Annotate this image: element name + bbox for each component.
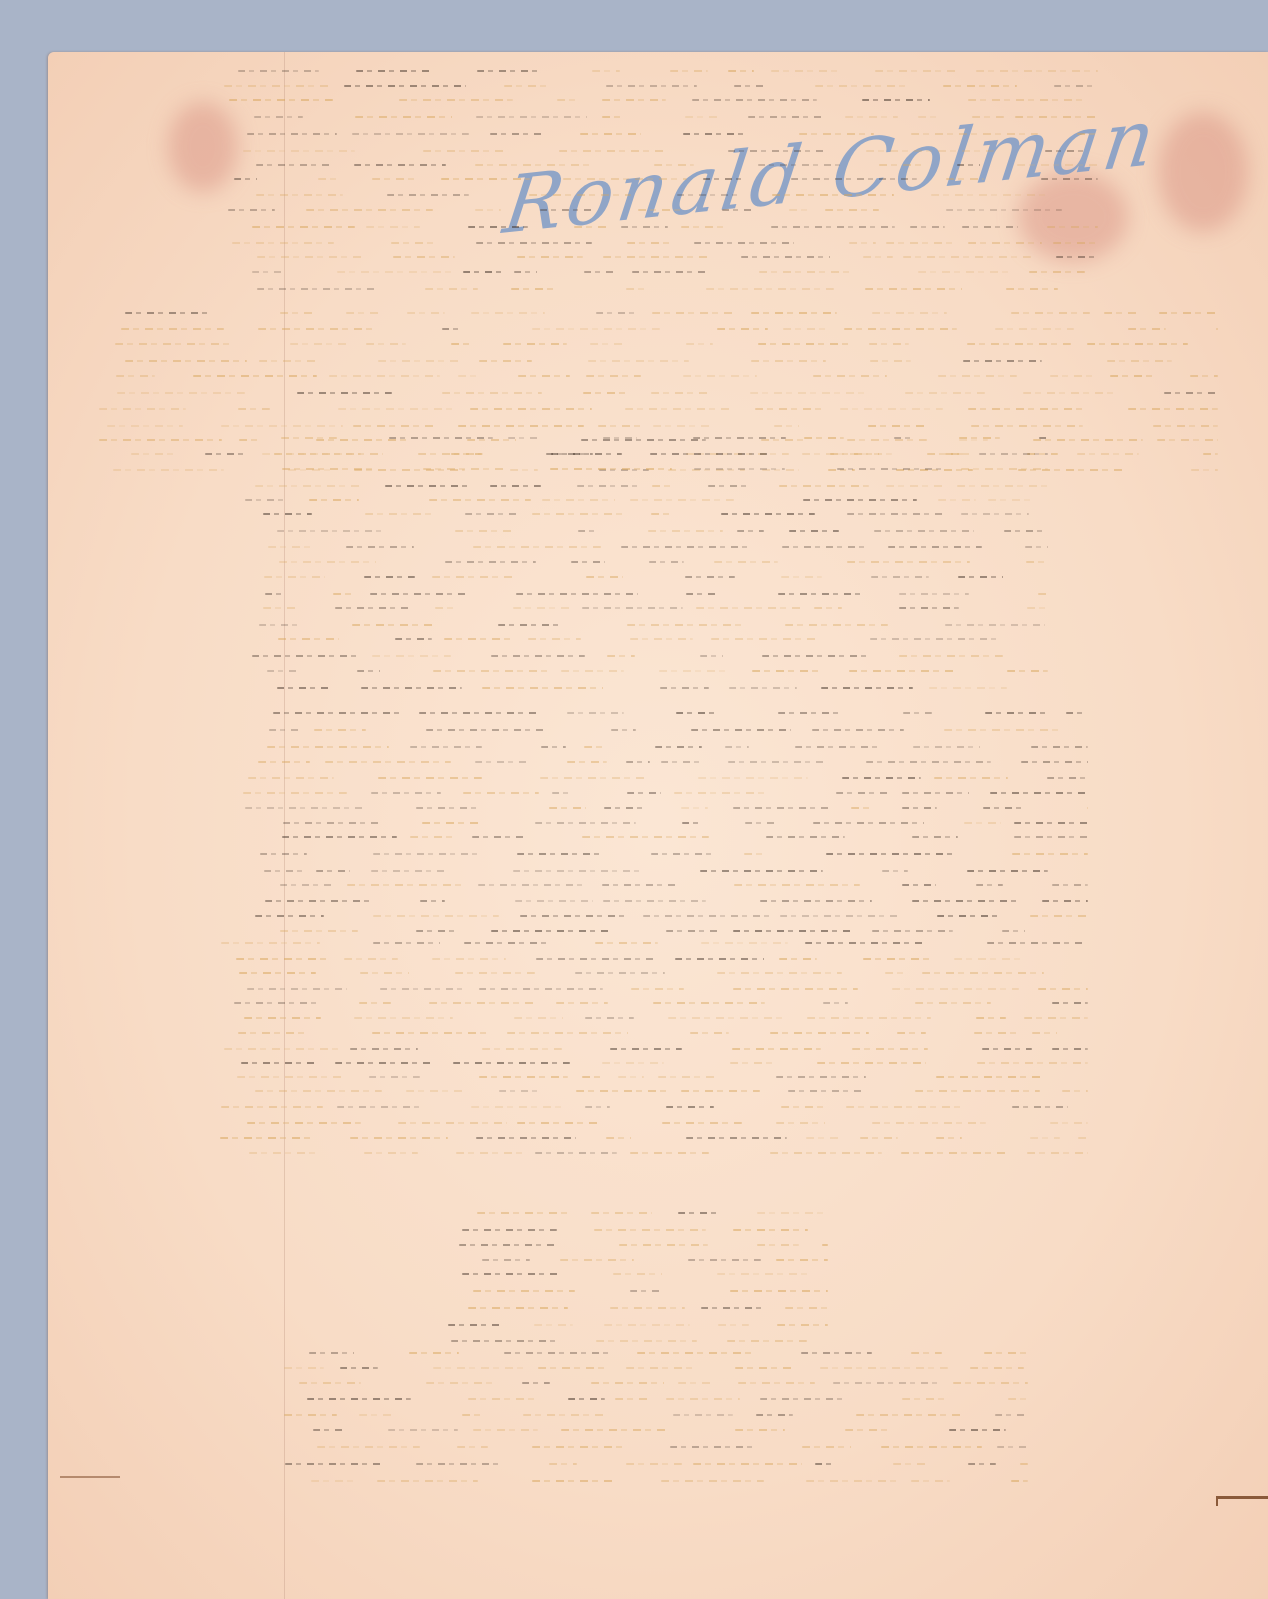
typed-text-fragment <box>352 133 469 135</box>
typed-text-fragment <box>836 792 891 794</box>
typed-text-fragment <box>779 485 869 487</box>
typed-text-fragment <box>678 1382 713 1384</box>
typed-text-fragment <box>911 133 1037 135</box>
typed-text-fragment <box>681 1090 760 1092</box>
typed-text-fragment <box>338 408 455 410</box>
typed-text-fragment <box>475 164 595 166</box>
typed-text-fragment <box>508 437 540 439</box>
typed-text-fragment <box>814 607 841 609</box>
typed-text-fragment <box>846 1106 963 1108</box>
typed-text-fragment <box>1066 712 1088 714</box>
typed-text-fragment <box>1056 256 1098 258</box>
typed-text-fragment <box>459 1244 556 1246</box>
typed-text-fragment <box>734 884 860 886</box>
typed-text-fragment <box>552 792 572 794</box>
typed-text-fragment <box>458 375 480 377</box>
typed-text-fragment <box>638 209 682 211</box>
typed-text-fragment <box>1012 1106 1068 1108</box>
typed-text-fragment <box>473 1429 538 1431</box>
typed-text-fragment <box>823 1002 849 1004</box>
typed-text-fragment <box>395 638 431 640</box>
typed-text-fragment <box>511 288 558 290</box>
typed-text-fragment <box>770 1032 869 1034</box>
typed-text-fragment <box>1077 133 1098 135</box>
typed-text-fragment <box>681 807 708 809</box>
typed-text-fragment <box>561 670 624 672</box>
typed-text-fragment <box>781 1106 826 1108</box>
typed-text-fragment <box>683 133 749 135</box>
typed-text-fragment <box>366 226 420 228</box>
typed-text-fragment <box>113 469 224 471</box>
typed-text-fragment <box>131 453 178 455</box>
typed-text-fragment <box>1024 1017 1088 1019</box>
typed-text-fragment <box>563 178 687 180</box>
typed-text-fragment <box>356 70 432 72</box>
typed-text-fragment <box>847 561 970 563</box>
typed-text-fragment <box>728 70 754 72</box>
typed-text-fragment <box>802 453 892 455</box>
typed-text-fragment <box>968 1463 996 1465</box>
typed-text-fragment <box>795 746 883 748</box>
typed-text-fragment <box>893 1463 926 1465</box>
typed-text-fragment <box>364 1152 418 1154</box>
typed-text-fragment <box>613 1273 662 1275</box>
ink-mark <box>1216 1496 1268 1499</box>
typed-text-fragment <box>820 1367 948 1369</box>
typed-text-fragment <box>862 99 931 101</box>
typed-text-fragment <box>673 1414 733 1416</box>
typed-text-fragment <box>344 958 399 960</box>
typed-text-fragment <box>1087 807 1088 809</box>
typed-text-fragment <box>958 576 1003 578</box>
typed-text-fragment <box>995 1414 1028 1416</box>
typed-text-fragment <box>557 99 580 101</box>
typed-text-fragment <box>419 712 540 714</box>
typed-text-fragment <box>463 792 538 794</box>
typed-text-fragment <box>252 271 282 273</box>
typed-text-fragment <box>943 85 1018 87</box>
typed-text-fragment <box>833 1382 939 1384</box>
typed-text-fragment <box>532 1446 628 1448</box>
typed-text-fragment <box>1078 1137 1088 1139</box>
typed-text-fragment <box>346 312 382 314</box>
typed-text-fragment <box>976 1017 1005 1019</box>
typed-text-fragment <box>990 792 1088 794</box>
typed-text-fragment <box>473 1290 575 1292</box>
typed-text-fragment <box>826 853 954 855</box>
typed-text-fragment <box>479 360 532 362</box>
typed-text-fragment <box>722 209 752 211</box>
typed-text-fragment <box>462 1273 561 1275</box>
typed-text-fragment <box>232 242 333 244</box>
typed-text-fragment <box>425 288 478 290</box>
typed-text-fragment <box>618 1076 644 1078</box>
typed-text-fragment <box>1006 288 1058 290</box>
typed-text-fragment <box>1038 593 1048 595</box>
typed-text-fragment <box>888 546 982 548</box>
typed-text-fragment <box>1157 439 1218 441</box>
typed-text-fragment <box>863 256 893 258</box>
typed-text-fragment <box>995 328 1074 330</box>
typed-text-fragment <box>849 670 953 672</box>
typed-text-fragment <box>681 226 729 228</box>
typed-text-fragment <box>510 469 537 471</box>
typed-text-fragment <box>426 729 545 731</box>
typed-text-fragment <box>725 746 749 748</box>
typed-text-fragment <box>580 133 641 135</box>
typed-text-fragment <box>476 242 591 244</box>
typed-text-fragment <box>259 360 317 362</box>
typed-text-fragment <box>918 271 1011 273</box>
typed-text-fragment <box>257 256 365 258</box>
typed-text-fragment <box>721 513 815 515</box>
typed-text-fragment <box>785 624 888 626</box>
typed-text-fragment <box>781 576 822 578</box>
typed-text-fragment <box>967 343 1071 345</box>
typed-text-fragment <box>915 1002 991 1004</box>
typed-text-fragment <box>586 576 623 578</box>
typed-text-fragment <box>979 453 1048 455</box>
typed-text-fragment <box>766 836 845 838</box>
typed-text-fragment <box>468 1398 539 1400</box>
typed-text-fragment <box>1052 1002 1088 1004</box>
typed-text-fragment <box>774 425 799 427</box>
typed-text-fragment <box>115 343 234 345</box>
typed-text-fragment <box>416 807 480 809</box>
typed-text-fragment <box>674 792 769 794</box>
typed-text-fragment <box>541 746 566 748</box>
typed-text-fragment <box>444 638 515 640</box>
typed-text-fragment <box>257 288 375 290</box>
typed-text-fragment <box>758 164 841 166</box>
typed-text-fragment <box>957 485 1048 487</box>
typed-text-fragment <box>498 624 563 626</box>
typed-text-fragment <box>1042 900 1088 902</box>
typed-text-fragment <box>1012 853 1088 855</box>
typed-text-fragment <box>686 1137 787 1139</box>
typed-text-fragment <box>1087 343 1187 345</box>
typed-text-fragment <box>745 822 778 824</box>
typed-text-fragment <box>938 375 1018 377</box>
typed-text-fragment <box>728 150 827 152</box>
typed-text-fragment <box>416 1463 504 1465</box>
typed-text-fragment <box>268 546 315 548</box>
typed-text-fragment <box>961 468 1048 470</box>
typed-text-fragment <box>957 164 980 166</box>
typed-text-fragment <box>757 1244 799 1246</box>
typed-text-fragment <box>648 530 724 532</box>
typed-text-fragment <box>256 164 333 166</box>
typed-text-fragment <box>282 836 397 838</box>
typed-text-fragment <box>311 1480 355 1482</box>
typed-text-fragment <box>655 746 702 748</box>
typed-text-fragment <box>735 1367 793 1369</box>
typed-text-fragment <box>316 870 351 872</box>
typed-text-fragment <box>238 70 320 72</box>
typed-text-fragment <box>540 777 645 779</box>
typed-text-fragment <box>785 1307 828 1309</box>
typed-text-fragment <box>559 150 665 152</box>
typed-text-fragment <box>463 271 503 273</box>
typed-text-fragment <box>535 1152 617 1154</box>
typed-text-fragment <box>1029 271 1085 273</box>
typed-text-fragment <box>514 1017 563 1019</box>
typed-text-fragment <box>329 375 441 377</box>
typed-text-fragment <box>344 85 466 87</box>
typed-text-fragment <box>666 1398 740 1400</box>
typed-text-fragment <box>892 988 1019 990</box>
typed-text-fragment <box>934 777 1008 779</box>
typed-text-fragment <box>621 546 750 548</box>
typed-text-fragment <box>903 256 1031 258</box>
typed-text-fragment <box>881 1446 982 1448</box>
typed-text-fragment <box>815 85 906 87</box>
typed-text-fragment <box>598 425 642 427</box>
typed-text-fragment <box>262 453 361 455</box>
typed-text-fragment <box>264 576 325 578</box>
typed-text-fragment <box>863 958 934 960</box>
typed-text-fragment <box>581 439 706 441</box>
ink-mark <box>1216 1496 1218 1506</box>
typed-text-fragment <box>224 85 329 87</box>
typed-text-fragment <box>653 1002 765 1004</box>
typed-text-fragment <box>241 1062 316 1064</box>
typed-text-fragment <box>661 1480 763 1482</box>
typed-text-fragment <box>1062 1090 1088 1092</box>
stain <box>168 102 238 192</box>
typed-text-fragment <box>337 1106 421 1108</box>
typed-text-fragment <box>685 116 721 118</box>
typed-text-fragment <box>696 607 801 609</box>
typed-text-fragment <box>682 822 702 824</box>
typed-text-fragment <box>901 1152 1006 1154</box>
typed-text-fragment <box>912 836 958 838</box>
typed-text-fragment <box>476 1137 576 1139</box>
typed-text-fragment <box>252 226 355 228</box>
typed-text-fragment <box>442 328 463 330</box>
typed-text-fragment <box>550 468 673 470</box>
typed-text-fragment <box>377 1480 478 1482</box>
typed-text-fragment <box>686 593 718 595</box>
typed-text-fragment <box>603 256 711 258</box>
typed-text-fragment <box>778 712 843 714</box>
typed-text-fragment <box>429 499 531 501</box>
typed-text-fragment <box>520 915 626 917</box>
typed-text-fragment <box>971 425 1084 427</box>
typed-text-fragment <box>284 1414 337 1416</box>
typed-text-fragment <box>770 1152 882 1154</box>
typed-text-fragment <box>637 1352 757 1354</box>
typed-text-fragment <box>953 1382 1028 1384</box>
typed-text-fragment <box>244 1017 322 1019</box>
typed-text-fragment <box>717 1273 813 1275</box>
typed-text-fragment <box>1021 761 1088 763</box>
typed-text-fragment <box>586 375 641 377</box>
typed-text-fragment <box>595 942 658 944</box>
typed-text-fragment <box>984 1352 1028 1354</box>
typed-text-fragment <box>897 1032 926 1034</box>
typed-text-fragment <box>902 1398 950 1400</box>
typed-text-fragment <box>247 133 337 135</box>
typed-text-fragment <box>683 375 757 377</box>
typed-text-fragment <box>254 116 303 118</box>
typed-text-fragment <box>936 1137 963 1139</box>
typed-text-fragment <box>675 958 764 960</box>
typed-text-fragment <box>698 777 809 779</box>
typed-text-fragment <box>239 439 261 441</box>
typed-text-fragment <box>611 729 637 731</box>
typed-text-fragment <box>752 670 821 672</box>
typed-text-fragment <box>670 1446 752 1448</box>
typed-text-fragment <box>290 343 349 345</box>
typed-text-fragment <box>804 437 844 439</box>
typed-text-fragment <box>578 530 598 532</box>
typed-text-fragment <box>281 437 337 439</box>
typed-text-fragment <box>373 915 499 917</box>
typed-text-fragment <box>252 655 359 657</box>
typed-text-fragment <box>813 375 887 377</box>
typed-text-fragment <box>528 638 581 640</box>
typed-text-fragment <box>1017 164 1098 166</box>
typed-text-fragment <box>1007 670 1048 672</box>
typed-text-fragment <box>313 1429 346 1431</box>
typed-text-fragment <box>758 343 849 345</box>
typed-text-fragment <box>372 655 451 657</box>
typed-text-fragment <box>588 360 689 362</box>
typed-text-fragment <box>692 99 817 101</box>
typed-text-fragment <box>860 1137 898 1139</box>
typed-text-fragment <box>574 226 610 228</box>
typed-text-fragment <box>653 425 710 427</box>
typed-text-fragment <box>247 988 347 990</box>
typed-text-fragment <box>278 638 339 640</box>
ink-mark <box>60 1476 120 1478</box>
typed-text-fragment <box>406 1090 465 1092</box>
typed-text-fragment <box>594 1229 705 1231</box>
typed-text-fragment <box>477 1212 569 1214</box>
typed-text-fragment <box>630 1152 710 1154</box>
typed-text-fragment <box>1164 392 1218 394</box>
typed-text-fragment <box>985 712 1046 714</box>
typed-text-fragment <box>267 746 388 748</box>
typed-text-fragment <box>546 453 593 455</box>
typed-text-fragment <box>592 70 620 72</box>
typed-text-fragment <box>472 836 524 838</box>
typed-text-fragment <box>585 1017 634 1019</box>
typed-text-fragment <box>107 425 183 427</box>
typed-text-fragment <box>963 360 1042 362</box>
typed-text-fragment <box>744 853 766 855</box>
typed-text-fragment <box>577 485 640 487</box>
typed-text-fragment <box>1030 1137 1060 1139</box>
typed-text-fragment <box>234 1002 318 1004</box>
typed-text-fragment <box>220 1137 314 1139</box>
typed-text-fragment <box>517 1122 599 1124</box>
typed-text-fragment <box>954 958 1024 960</box>
typed-text-fragment <box>535 822 637 824</box>
typed-text-fragment <box>267 670 297 672</box>
typed-text-fragment <box>507 1032 627 1034</box>
typed-text-fragment <box>285 1463 384 1465</box>
typed-text-fragment <box>1128 328 1166 330</box>
typed-text-fragment <box>1053 242 1098 244</box>
typed-text-fragment <box>760 1398 843 1400</box>
typed-text-fragment <box>409 1352 460 1354</box>
typed-text-fragment <box>359 1414 394 1416</box>
typed-text-fragment <box>670 70 707 72</box>
typed-text-fragment <box>284 1367 325 1369</box>
typed-text-fragment <box>1047 777 1088 779</box>
typed-text-fragment <box>515 900 593 902</box>
typed-text-fragment <box>938 499 977 501</box>
typed-text-fragment <box>350 1137 448 1139</box>
typed-text-fragment <box>360 972 409 974</box>
typed-text-fragment <box>1008 1398 1028 1400</box>
typed-text-fragment <box>451 1340 556 1342</box>
typed-text-fragment <box>410 746 481 748</box>
typed-text-fragment <box>264 870 303 872</box>
typed-text-fragment <box>373 853 480 855</box>
typed-text-fragment <box>1014 822 1088 824</box>
typed-text-fragment <box>583 392 628 394</box>
typed-text-fragment <box>249 1152 316 1154</box>
typed-text-fragment <box>467 439 516 441</box>
typed-text-fragment <box>868 425 928 427</box>
typed-text-fragment <box>652 485 676 487</box>
typed-text-fragment <box>538 1367 606 1369</box>
typed-text-fragment <box>549 1463 577 1465</box>
typed-text-fragment <box>426 1382 495 1384</box>
typed-text-fragment <box>910 226 946 228</box>
typed-text-fragment <box>1047 226 1098 228</box>
typed-text-fragment <box>309 1352 355 1354</box>
typed-text-fragment <box>473 546 602 548</box>
typed-text-fragment <box>922 972 1044 974</box>
typed-text-fragment <box>307 1398 411 1400</box>
typed-text-fragment <box>1011 1480 1028 1482</box>
typed-text-fragment <box>471 312 545 314</box>
typed-text-fragment <box>976 70 1098 72</box>
typed-text-fragment <box>117 392 245 394</box>
typed-text-fragment <box>462 1414 485 1416</box>
typed-text-fragment <box>865 288 962 290</box>
typed-text-fragment <box>410 836 454 838</box>
typed-text-fragment <box>584 271 617 273</box>
typed-text-fragment <box>540 209 594 211</box>
typed-text-fragment <box>347 884 467 886</box>
typed-text-fragment <box>372 1032 491 1034</box>
typed-text-fragment <box>560 1259 634 1261</box>
typed-text-fragment <box>352 624 435 626</box>
typed-text-fragment <box>355 116 452 118</box>
typed-text-fragment <box>116 375 155 377</box>
typed-text-fragment <box>277 687 329 689</box>
typed-text-fragment <box>789 209 809 211</box>
typed-text-fragment <box>318 178 341 180</box>
typed-text-fragment <box>737 530 763 532</box>
typed-text-fragment <box>849 242 876 244</box>
typed-text-fragment <box>602 99 665 101</box>
typed-text-fragment <box>407 312 445 314</box>
typed-text-fragment <box>471 1106 566 1108</box>
typed-text-fragment <box>997 1446 1028 1448</box>
typed-text-fragment <box>476 116 587 118</box>
typed-text-fragment <box>475 761 530 763</box>
typed-text-fragment <box>482 1048 563 1050</box>
typed-text-fragment <box>780 915 897 917</box>
typed-text-fragment <box>567 761 607 763</box>
typed-text-fragment <box>866 150 995 152</box>
